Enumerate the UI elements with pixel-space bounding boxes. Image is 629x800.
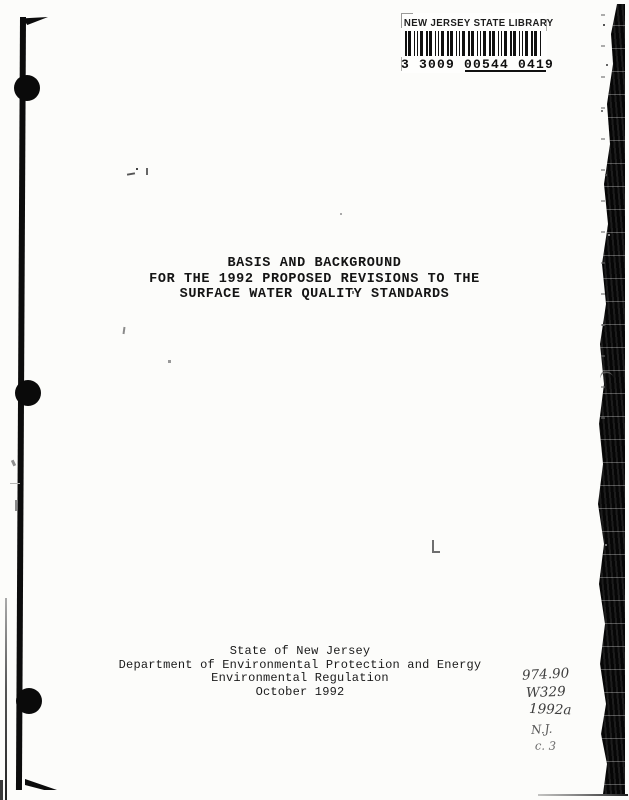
scan-speck (352, 291, 354, 294)
title-line: FOR THE 1992 PROPOSED REVISIONS TO THE (0, 272, 629, 288)
barcode-number-underline (465, 70, 546, 72)
scan-edge-dots (603, 24, 605, 26)
scan-edge-speckles (601, 12, 605, 432)
binding-edge-flare-top (25, 17, 48, 25)
scan-bottom-line (538, 794, 628, 796)
label-border-mark (401, 13, 413, 14)
pencil-mark (146, 168, 148, 175)
pencil-mark (127, 172, 135, 175)
binding-hole (15, 380, 41, 406)
scan-corner-mark (0, 780, 3, 800)
pencil-mark (432, 540, 440, 553)
handwritten-call-number: 974.90 W329 1992a N.J. c. 3 (520, 665, 590, 755)
imprint-line: October 1992 (0, 686, 600, 700)
title-line: SURFACE WATER QUALITY STANDARDS (0, 287, 629, 303)
document-title: BASIS AND BACKGROUND FOR THE 1992 PROPOS… (0, 256, 629, 303)
imprint-line: Environmental Regulation (0, 672, 600, 686)
margin-mark (15, 500, 17, 511)
pencil-mark (123, 327, 126, 334)
call-number-line: c. 3 (535, 737, 590, 756)
pencil-mark (136, 168, 138, 170)
title-line: BASIS AND BACKGROUND (0, 256, 629, 272)
barcode (405, 31, 542, 56)
label-border-mark (401, 14, 402, 28)
scan-speck (340, 213, 342, 215)
margin-mark (10, 483, 20, 484)
imprint-line: Department of Environmental Protection a… (0, 659, 600, 673)
library-barcode-label: NEW JERSEY STATE LIBRARY 3 3009 00544 04… (401, 13, 547, 73)
page-edge-line (5, 598, 7, 800)
binding-hole (14, 75, 40, 101)
library-name-text: NEW JERSEY STATE LIBRARY (404, 18, 544, 29)
call-number-line: W329 (526, 682, 591, 702)
publisher-imprint: State of New Jersey Department of Enviro… (0, 645, 600, 699)
scanned-document-page: NEW JERSEY STATE LIBRARY 3 3009 00544 04… (0, 0, 629, 800)
imprint-line: State of New Jersey (0, 645, 600, 659)
margin-mark (11, 460, 16, 467)
scan-speck (168, 360, 171, 363)
binding-edge-flare-bottom (25, 779, 57, 790)
